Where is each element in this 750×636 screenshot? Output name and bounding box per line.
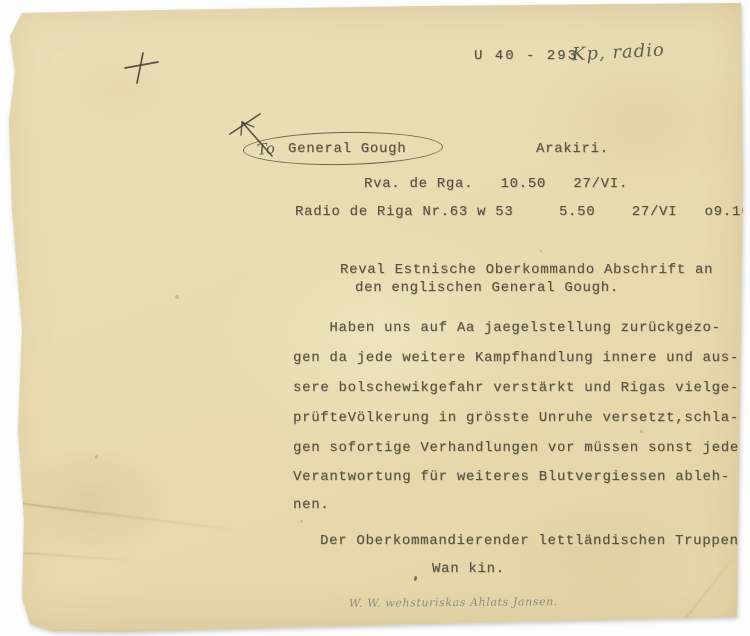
body-line-1: Haben uns auf Aa jaegelstellung zurückge…: [293, 320, 721, 336]
body-line-2: gen da jede weitere Kampfhandlung innere…: [293, 350, 739, 366]
body-line-3: sere bolschewikgefahr verstärkt und Riga…: [293, 380, 739, 396]
paper-speck: [175, 295, 179, 299]
recipient-name: General Gough: [288, 141, 406, 157]
route-line: Rva. de Rga. 10.50 27/VI.: [364, 176, 628, 192]
signature-name: Wan kin.: [432, 561, 505, 577]
heading-line-2: den englischen General Gough.: [355, 280, 619, 296]
paper-speck: [300, 520, 303, 523]
scanned-telegram-document: U 40 - 293 Kp, radio To General Gough Ar…: [0, 0, 750, 636]
heading-line-1: Reval Estnische Oberkommando Abschrift a…: [340, 262, 713, 278]
paper-speck: [640, 430, 643, 433]
handwritten-cross-mark: [122, 50, 164, 88]
recipient-to-handwritten: To: [256, 139, 276, 159]
body-line-7: nen.: [293, 497, 329, 513]
radio-line: Radio de Riga Nr.63 w 53 5.50 27/VI o9.1…: [295, 204, 750, 220]
body-line-4: prüfteVölkerung in grösste Unruhe verset…: [293, 410, 739, 426]
paper-shadow-wrap: U 40 - 293 Kp, radio To General Gough Ar…: [0, 0, 750, 636]
body-line-6: Verantwortung für weiteres Blutvergiesse…: [293, 469, 730, 485]
handwritten-archive-note: W. W. wehsturiskas Ahlats Jansen.: [349, 595, 558, 610]
station-name: Arakiri.: [536, 141, 609, 157]
paper-speck: [540, 250, 542, 252]
document-paper: U 40 - 293 Kp, radio To General Gough Ar…: [0, 0, 750, 636]
paper-speck: [95, 455, 98, 459]
body-line-5: gen sofortige Verhandlungen vor müssen s…: [293, 440, 739, 456]
reference-number: U 40 - 293: [474, 48, 578, 64]
signature-title: Der Oberkommandierender lettländischen T…: [320, 533, 739, 549]
